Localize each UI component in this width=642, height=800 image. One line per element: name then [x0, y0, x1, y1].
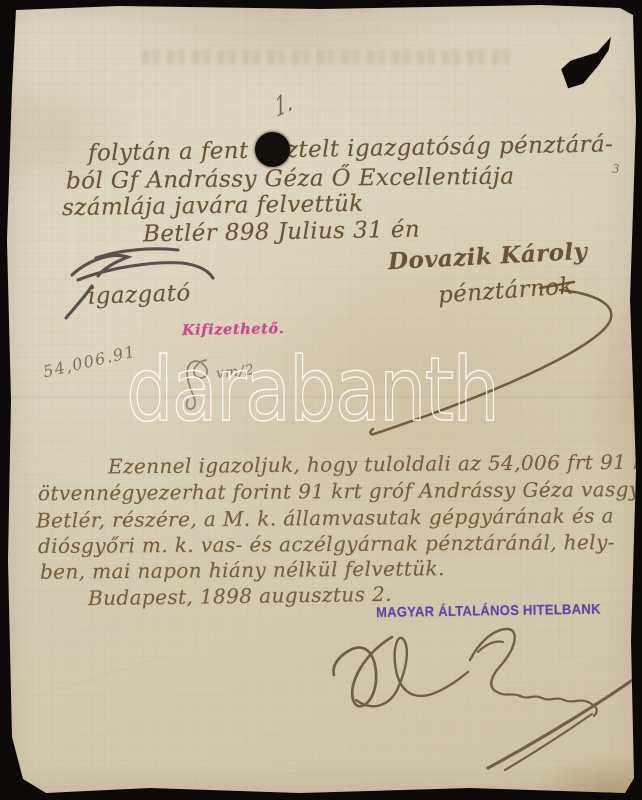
punch-hole: [255, 132, 290, 167]
bank-signatures: [333, 629, 638, 770]
photo-background: 1. 3 folytán a fent tisztelt igazgatóság…: [0, 0, 642, 800]
auction-watermark: darabanth: [126, 338, 498, 441]
document-paper: 1. 3 folytán a fent tisztelt igazgatóság…: [0, 0, 642, 800]
director-signature: [66, 249, 213, 318]
